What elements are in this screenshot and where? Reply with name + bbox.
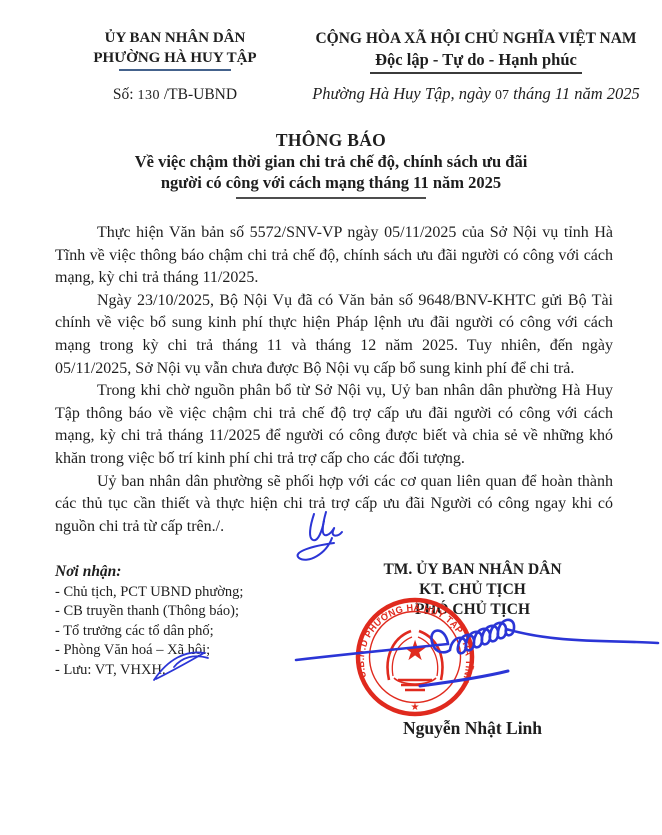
signing-on-behalf: TM. ỦY BAN NHÂN DÂN <box>330 560 615 580</box>
national-title: CỘNG HÒA XÃ HỘI CHỦ NGHĨA VIỆT NAM <box>308 28 644 49</box>
recipient-item: - Tổ trưởng các tổ dân phố; <box>55 622 295 642</box>
authority-underline <box>119 69 231 71</box>
subject-line-2: người có công với cách mạng tháng 11 năm… <box>0 172 662 193</box>
recipient-item: - CB truyền thanh (Thông báo); <box>55 602 295 622</box>
motto-underline <box>370 72 582 74</box>
document-number: Số: 130 /TB-UBND <box>40 86 310 104</box>
issuing-authority-block: ỦY BAN NHÂN DÂN PHƯỜNG HÀ HUY TẬP <box>40 28 310 71</box>
issuing-authority-parent: ỦY BAN NHÂN DÂN <box>40 28 310 48</box>
dateline-suffix: tháng 11 năm 2025 <box>513 84 640 103</box>
handwritten-initial-body <box>288 506 344 568</box>
official-document-page: ỦY BAN NHÂN DÂN PHƯỜNG HÀ HUY TẬP CỘNG H… <box>0 0 662 835</box>
doc-number-label: Số: <box>113 86 134 103</box>
dateline-day: 07 <box>495 88 509 103</box>
document-body: Thực hiện Văn bản số 5572/SNV-VP ngày 05… <box>55 222 613 538</box>
subject-line-1: Về việc chậm thời gian chi trả chế độ, c… <box>0 151 662 172</box>
document-type-heading: THÔNG BÁO <box>0 130 662 151</box>
document-title-block: THÔNG BÁO Về việc chậm thời gian chi trả… <box>0 130 662 199</box>
handwritten-initial-recipients <box>148 646 218 686</box>
doc-number-type: /TB-UBND <box>164 86 237 103</box>
issuing-authority-name: PHƯỜNG HÀ HUY TẬP <box>40 48 310 68</box>
paragraph-1: Thực hiện Văn bản số 5572/SNV-VP ngày 05… <box>55 222 613 290</box>
dateline-prefix: Phường Hà Huy Tập, ngày <box>312 84 491 103</box>
paragraph-3: Trong khi chờ nguồn phân bổ từ Sở Nội vụ… <box>55 380 613 470</box>
national-motto: Độc lập - Tự do - Hạnh phúc <box>308 49 644 70</box>
national-header-block: CỘNG HÒA XÃ HỘI CHỦ NGHĨA VIỆT NAM Độc l… <box>308 28 644 74</box>
signer-name: Nguyễn Nhật Linh <box>330 718 615 739</box>
recipients-label: Nơi nhận: <box>55 562 295 582</box>
title-underline <box>236 197 426 199</box>
recipient-item: - Chủ tịch, PCT UBND phường; <box>55 583 295 603</box>
doc-number-value: 130 <box>137 88 160 103</box>
paragraph-2: Ngày 23/10/2025, Bộ Nội Vụ đã có Văn bản… <box>55 290 613 380</box>
handwritten-signature <box>268 600 662 710</box>
place-date-line: Phường Hà Huy Tập, ngày 07 tháng 11 năm … <box>308 84 644 104</box>
